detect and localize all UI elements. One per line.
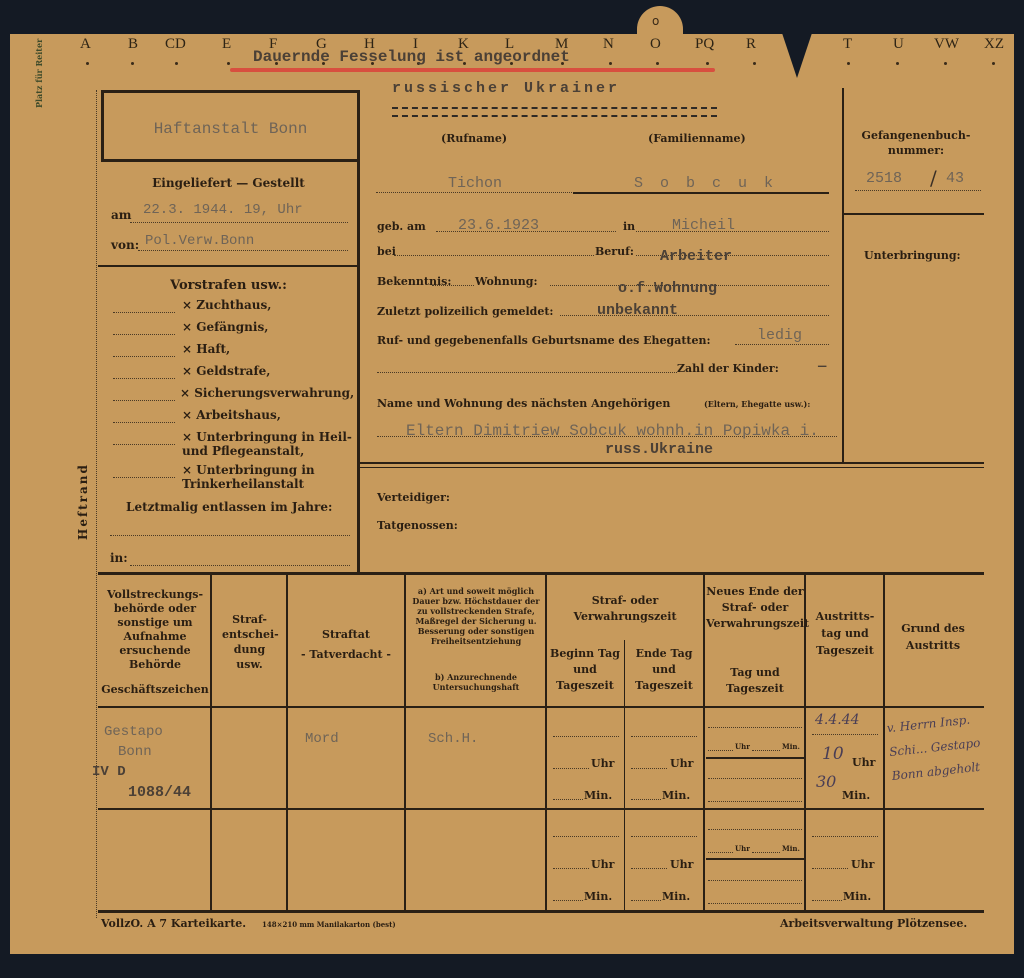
row-exit-date: 4.4.44 bbox=[815, 712, 860, 728]
occupation-label: Beruf: bbox=[595, 245, 634, 258]
list-item: × Unterbringung in Trinkerheilanstalt bbox=[182, 463, 332, 491]
first-name-label: (Rufname) bbox=[441, 132, 507, 145]
header-begin: Beginn Tag und Tageszeit bbox=[549, 646, 621, 694]
index-letter: A bbox=[80, 36, 91, 53]
shackling-note: Dauernde Fesselung ist angeordnet bbox=[253, 48, 570, 66]
side-label-top: Platz für Reiter bbox=[34, 39, 44, 108]
header-sentence-kind: a) Art und soweit möglich Dauer bzw. Höc… bbox=[407, 586, 545, 646]
first-name-value: Tichon bbox=[448, 175, 502, 192]
header-pretrial-custody: b) Anzurechnende Untersuchungshaft bbox=[407, 672, 545, 692]
slash-mark: / bbox=[930, 166, 937, 190]
header-exit-reason: Grund des Austritts bbox=[888, 620, 978, 654]
header-exit: Austritts-tag und Tageszeit bbox=[807, 608, 883, 659]
form-code: VollzO. A 7 Karteikarte. bbox=[101, 917, 246, 930]
header-period: Straf- oder Verwahrungszeit bbox=[547, 593, 703, 625]
admission-title: Eingeliefert — Gestellt bbox=[100, 176, 357, 190]
index-letter: B bbox=[128, 36, 138, 53]
index-letter: VW bbox=[934, 36, 959, 53]
admission-date-value: 22.3. 1944. 19, Uhr bbox=[143, 202, 303, 218]
relatives-hint: (Eltern, Ehegatte usw.): bbox=[704, 399, 810, 409]
release-place-label: in: bbox=[110, 551, 128, 565]
row-offense: Mord bbox=[305, 731, 339, 747]
index-letter: CD bbox=[165, 36, 186, 53]
header-authority: Vollstreckungs-behörde oder sonstige um … bbox=[100, 588, 210, 672]
list-item: × Geldstrafe, bbox=[182, 364, 270, 378]
row-authority-line1: Gestapo bbox=[104, 724, 163, 740]
header-suspicion: - Tatverdacht - bbox=[288, 648, 404, 661]
spouse-label: Ruf- und gegebenenfalls Geburtsname des … bbox=[377, 334, 711, 347]
accomplices-label: Tatgenossen: bbox=[377, 519, 458, 532]
header-end: Ende Tag und Tageszeit bbox=[627, 646, 701, 694]
row-exit-hour: 10 bbox=[822, 744, 844, 764]
binding-margin-label: Heftrand bbox=[76, 463, 90, 540]
police-registration-label: Zuletzt polizeilich gemeldet: bbox=[377, 305, 553, 318]
religion-label: Bekenntnis: bbox=[377, 275, 451, 288]
relatives-value-line1: Eltern Dimitriew Sobcuk wohnh.in Popiwka… bbox=[406, 422, 819, 440]
header-offense: Straftat bbox=[288, 628, 404, 641]
index-letter: XZ bbox=[984, 36, 1004, 53]
index-letter: T bbox=[843, 36, 852, 53]
binding-margin-line bbox=[96, 90, 97, 918]
header-new-end-time: Tag und Tageszeit bbox=[708, 665, 802, 697]
prisoner-book-year: 43 bbox=[946, 170, 964, 187]
row-authority-line2: Bonn bbox=[118, 744, 152, 760]
residence-value: o.f.Wohnung bbox=[618, 280, 717, 297]
red-underline bbox=[230, 68, 715, 72]
index-letter: N bbox=[603, 36, 614, 53]
row-exit-reason: v. Herrn Insp. Schi... Gestapo Bonn abge… bbox=[886, 704, 1011, 788]
list-item: × Sicherungsverwahrung, bbox=[180, 386, 354, 400]
nationality-note: russischer Ukrainer bbox=[392, 80, 620, 97]
spouse-value: ledig bbox=[757, 327, 802, 344]
admission-from-label: von: bbox=[111, 238, 139, 252]
list-item: × Haft, bbox=[182, 342, 230, 356]
birthplace-label: in bbox=[623, 220, 635, 233]
row-reference: 1088/44 bbox=[128, 784, 191, 801]
index-letter: PQ bbox=[695, 36, 714, 53]
nationality-double-underline bbox=[392, 107, 717, 117]
index-letter: R bbox=[746, 36, 756, 53]
relatives-label: Name und Wohnung des nächsten Angehörige… bbox=[377, 397, 670, 410]
children-value: — bbox=[818, 359, 826, 375]
header-reference: Geschäftszeichen bbox=[100, 683, 210, 696]
prisoner-book-label: Gefangenenbuch-nummer: bbox=[848, 128, 984, 158]
relatives-value-line2: russ.Ukraine bbox=[605, 441, 713, 458]
police-registration-value: unbekannt bbox=[597, 302, 678, 319]
row-exit-minute: 30 bbox=[816, 772, 836, 791]
prison-record-card bbox=[10, 34, 1014, 954]
printer-imprint: Arbeitsverwaltung Plötzensee. bbox=[780, 917, 967, 930]
list-item: × Zuchthaus, bbox=[182, 298, 271, 312]
placement-label: Unterbringung: bbox=[864, 249, 961, 262]
family-name-value: S o b c u k bbox=[634, 175, 777, 192]
list-item: × Unterbringung in Heil- und Pflegeansta… bbox=[182, 430, 354, 458]
children-label: Zahl der Kinder: bbox=[677, 362, 779, 375]
index-letter: U bbox=[893, 36, 904, 53]
row-sentence-kind: Sch.H. bbox=[428, 731, 478, 747]
admission-date-label: am bbox=[111, 208, 131, 222]
birth-date-label: geb. am bbox=[377, 220, 426, 233]
family-name-label: (Familienname) bbox=[648, 132, 746, 145]
list-item: × Gefängnis, bbox=[182, 320, 268, 334]
admission-from-value: Pol.Verw.Bonn bbox=[145, 233, 254, 249]
index-letter: E bbox=[222, 36, 231, 53]
birthplace-value: Micheil bbox=[672, 217, 735, 234]
header-decision: Straf-entschei-dung usw. bbox=[222, 612, 277, 672]
prisoner-book-number: 2518 bbox=[866, 170, 902, 187]
residence-label: Wohnung: bbox=[475, 275, 538, 288]
birth-date-value: 23.6.1923 bbox=[458, 217, 539, 234]
last-release-label: Letztmalig entlassen im Jahre: bbox=[126, 500, 332, 514]
row-authority-line3: IV D bbox=[92, 764, 126, 780]
tab-mark: o bbox=[652, 14, 659, 28]
prior-convictions-title: Vorstrafen usw.: bbox=[100, 278, 357, 293]
index-letter: O bbox=[650, 36, 661, 53]
institution-name: Haftanstalt Bonn bbox=[104, 120, 357, 138]
index-notch bbox=[782, 33, 812, 78]
list-item: × Arbeitshaus, bbox=[182, 408, 281, 422]
occupation-value: Arbeiter bbox=[660, 248, 732, 265]
defender-label: Verteidiger: bbox=[377, 491, 450, 504]
bei-label: bei bbox=[377, 245, 396, 258]
header-new-end: Neues Ende der Straf- oder Verwahrungsze… bbox=[706, 584, 804, 632]
form-spec: 148×210 mm Manilakarton (best) bbox=[262, 920, 396, 929]
